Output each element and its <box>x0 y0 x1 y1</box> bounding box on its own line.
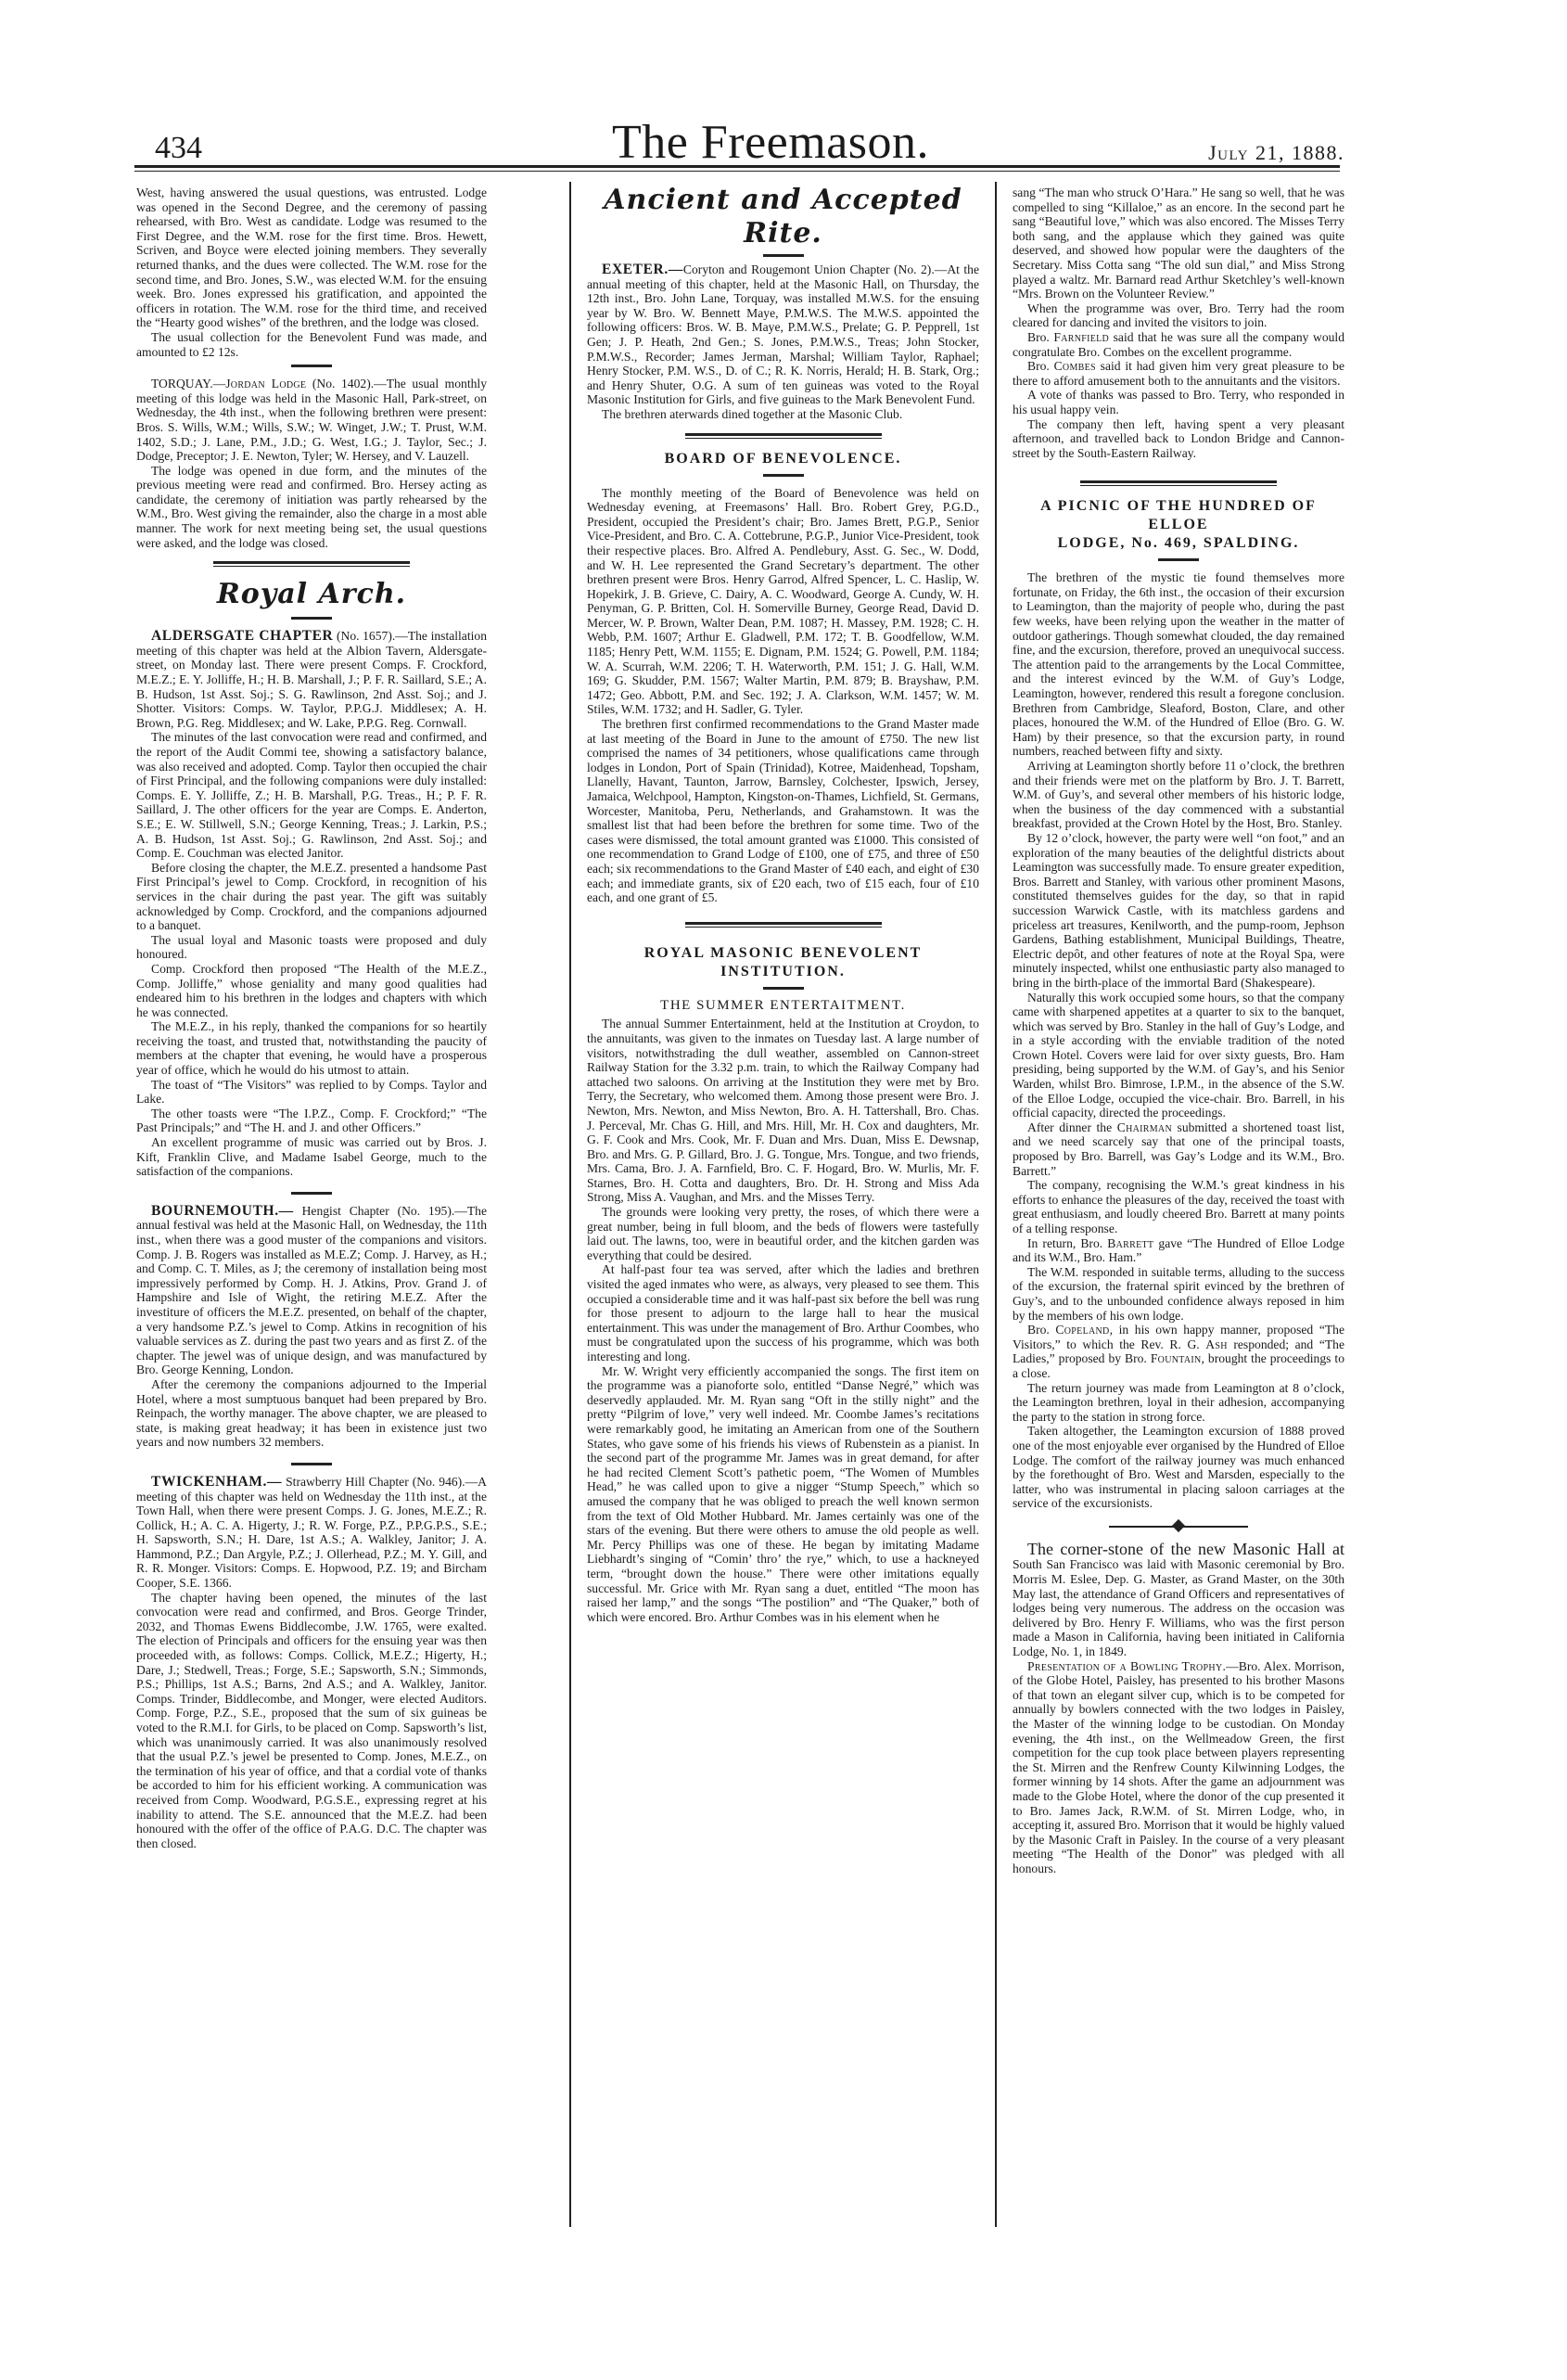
masthead-title: The Freemason. <box>612 119 929 167</box>
heading-line: INSTITUTION. <box>587 963 979 981</box>
paragraph: A vote of thanks was passed to Bro. Terr… <box>1013 388 1344 416</box>
column-3: sang “The man who struck O’Hara.” He san… <box>1013 186 1344 1876</box>
paragraph: Naturally this work occupied some hours,… <box>1013 991 1344 1120</box>
section-heading-picnic: A PICNIC OF THE HUNDRED OF ELLOE LODGE, … <box>1013 497 1344 553</box>
paragraph-copeland: Bro. Copeland, in his own happy manner, … <box>1013 1323 1344 1380</box>
article-lead: TORQUAY.— <box>151 377 225 390</box>
paragraph-text: Strawberry Hill Chapter (No. 946).—A mee… <box>136 1475 487 1590</box>
paragraph: The company, recognising the W.M.’s grea… <box>1013 1178 1344 1235</box>
paragraph-chairman: After dinner the Chairman submitted a sh… <box>1013 1120 1344 1178</box>
paragraph: At half-past four tea was served, after … <box>587 1262 979 1363</box>
text: After dinner the <box>1027 1120 1112 1134</box>
paragraph: The toast of “The Visitors” was replied … <box>136 1078 487 1107</box>
paragraph: The W.M. responded in suitable terms, al… <box>1013 1265 1344 1323</box>
paragraph: sang “The man who struck O’Hara.” He san… <box>1013 186 1344 301</box>
text: Bro. <box>1027 330 1050 344</box>
section-heading-ancient-accepted-rite: Ancient and Accepted Rite. <box>587 184 979 250</box>
paragraph-barrett: In return, Bro. Barrett gave “The Hundre… <box>1013 1236 1344 1265</box>
article-san-francisco: The corner-stone of the new Masonic Hall… <box>1013 1542 1344 1659</box>
paragraph-combes: Bro. Combes said it had given him very g… <box>1013 359 1344 388</box>
section-divider <box>763 254 804 257</box>
article-exeter: EXETER.—Coryton and Rougemont Union Chap… <box>587 262 979 407</box>
paragraph: After the ceremony the companions adjour… <box>136 1377 487 1450</box>
paragraph: The company then left, having spent a ve… <box>1013 417 1344 461</box>
person-name: Chairman <box>1117 1120 1172 1134</box>
paragraph: Comp. Crockford then proposed “The Healt… <box>136 962 487 1019</box>
dateline: July 21, 1888. <box>1208 141 1344 165</box>
section-heading-rmbi: ROYAL MASONIC BENEVOLENT INSTITUTION. <box>587 944 979 981</box>
heading-line: ROYAL MASONIC BENEVOLENT <box>587 944 979 963</box>
heading-line: A PICNIC OF THE HUNDRED OF ELLOE <box>1013 497 1344 534</box>
paragraph: By 12 o’clock, however, the party were w… <box>1013 831 1344 991</box>
section-divider <box>291 1192 332 1195</box>
subheading-summer-entertainment: THE SUMMER ENTERTAITMENT. <box>587 999 979 1014</box>
paragraph-text: (No. 1657).—The installation meeting of … <box>136 629 487 730</box>
paragraph: An excellent programme of music was carr… <box>136 1135 487 1179</box>
column-2: Ancient and Accepted Rite. EXETER.—Coryt… <box>569 182 997 2227</box>
paragraph: The grounds were looking very pretty, th… <box>587 1205 979 1262</box>
person-name: Fountain <box>1151 1351 1202 1365</box>
paragraph: The other toasts were “The I.P.Z., Comp.… <box>136 1107 487 1135</box>
double-rule-divider <box>213 561 410 567</box>
double-rule-divider <box>685 922 882 928</box>
section-divider <box>1158 558 1199 561</box>
person-name: Barrett <box>1107 1236 1153 1250</box>
paragraph: Before closing the chapter, the M.E.Z. p… <box>136 861 487 933</box>
paragraph: The annual Summer Entertainment, held at… <box>587 1017 979 1205</box>
person-name: Farnfield <box>1053 330 1109 344</box>
paragraph: The usual collection for the Benevolent … <box>136 330 487 359</box>
paragraph: The chapter having been opened, the minu… <box>136 1591 487 1851</box>
paragraph: The lodge was opened in due form, and th… <box>136 464 487 551</box>
lodge-name: Jordan Lodge <box>225 377 306 390</box>
article-bowling-trophy: Presentation of a Bowling Trophy.—Bro. A… <box>1013 1659 1344 1876</box>
paragraph: Arriving at Leamington shortly before 11… <box>1013 759 1344 831</box>
paragraph: Mr. W. Wright very efficiently accompani… <box>587 1364 979 1625</box>
page-number: 434 <box>155 133 202 164</box>
masthead-rule <box>134 165 1340 172</box>
paragraph-text: —Bro. Alex. Morrison, of the Globe Hotel… <box>1013 1659 1344 1875</box>
article-lead: BOURNEMOUTH.— <box>151 1203 294 1219</box>
paragraph: The M.E.Z., in his reply, thanked the co… <box>136 1019 487 1077</box>
article-lead: Presentation of a Bowling Trophy. <box>1027 1659 1226 1673</box>
text: Bro. <box>1027 1323 1050 1337</box>
paragraph-text: Hengist Chapter (No. 195).—The annual fe… <box>136 1204 487 1377</box>
paragraph-farnfield: Bro. Farnfield said that he was sure all… <box>1013 330 1344 359</box>
article-lead: ALDERSGATE CHAPTER <box>151 628 333 644</box>
section-divider <box>291 617 332 620</box>
paragraph: The brethren first confirmed recommendat… <box>587 717 979 905</box>
section-heading-board-of-benevolence: BOARD OF BENEVOLENCE. <box>587 450 979 468</box>
paragraph: West, having answered the usual question… <box>136 186 487 330</box>
paragraph: Taken altogether, the Leamington excursi… <box>1013 1424 1344 1511</box>
paragraph-text: Coryton and Rougemont Union Chapter (No.… <box>587 262 979 406</box>
article-lead: EXETER.— <box>602 262 683 277</box>
text: Bro. <box>1027 359 1050 373</box>
person-name: Ash <box>1205 1337 1228 1351</box>
article-aldersgate: ALDERSGATE CHAPTER (No. 1657).—The insta… <box>136 629 487 730</box>
column-1: West, having answered the usual question… <box>136 186 487 1850</box>
paragraph: The brethren of the mystic tie found the… <box>1013 570 1344 759</box>
person-name: Combes <box>1054 359 1096 373</box>
section-divider <box>291 1463 332 1465</box>
paragraph: The usual loyal and Masonic toasts were … <box>136 933 487 962</box>
double-rule-divider <box>1080 480 1277 486</box>
paragraph: The minutes of the last convocation were… <box>136 730 487 860</box>
person-name: Copeland <box>1055 1323 1109 1337</box>
article-torquay: TORQUAY.—Jordan Lodge (No. 1402).—The us… <box>136 377 487 464</box>
opening-line: The corner-stone of the new Masonic Hall… <box>1027 1540 1344 1558</box>
article-twickenham: TWICKENHAM.— Strawberry Hill Chapter (No… <box>136 1475 487 1591</box>
paragraph: The monthly meeting of the Board of Bene… <box>587 486 979 718</box>
paragraph: The return journey was made from Leaming… <box>1013 1381 1344 1425</box>
paragraph-text: South San Francisco was laid with Masoni… <box>1013 1557 1344 1658</box>
paragraph: When the programme was over, Bro. Terry … <box>1013 301 1344 330</box>
section-divider <box>763 987 804 990</box>
section-heading-royal-arch: Royal Arch. <box>136 578 487 611</box>
diamond-ornament-divider <box>1109 1526 1248 1528</box>
heading-line: LODGE, No. 469, SPALDING. <box>1013 534 1344 553</box>
article-bournemouth: BOURNEMOUTH.— Hengist Chapter (No. 195).… <box>136 1204 487 1377</box>
paragraph: The brethren aterwards dined together at… <box>587 407 979 422</box>
article-lead: TWICKENHAM.— <box>151 1474 282 1490</box>
double-rule-divider <box>685 433 882 439</box>
text: In return, Bro. <box>1027 1236 1102 1250</box>
section-divider <box>291 365 332 367</box>
section-divider <box>763 474 804 477</box>
